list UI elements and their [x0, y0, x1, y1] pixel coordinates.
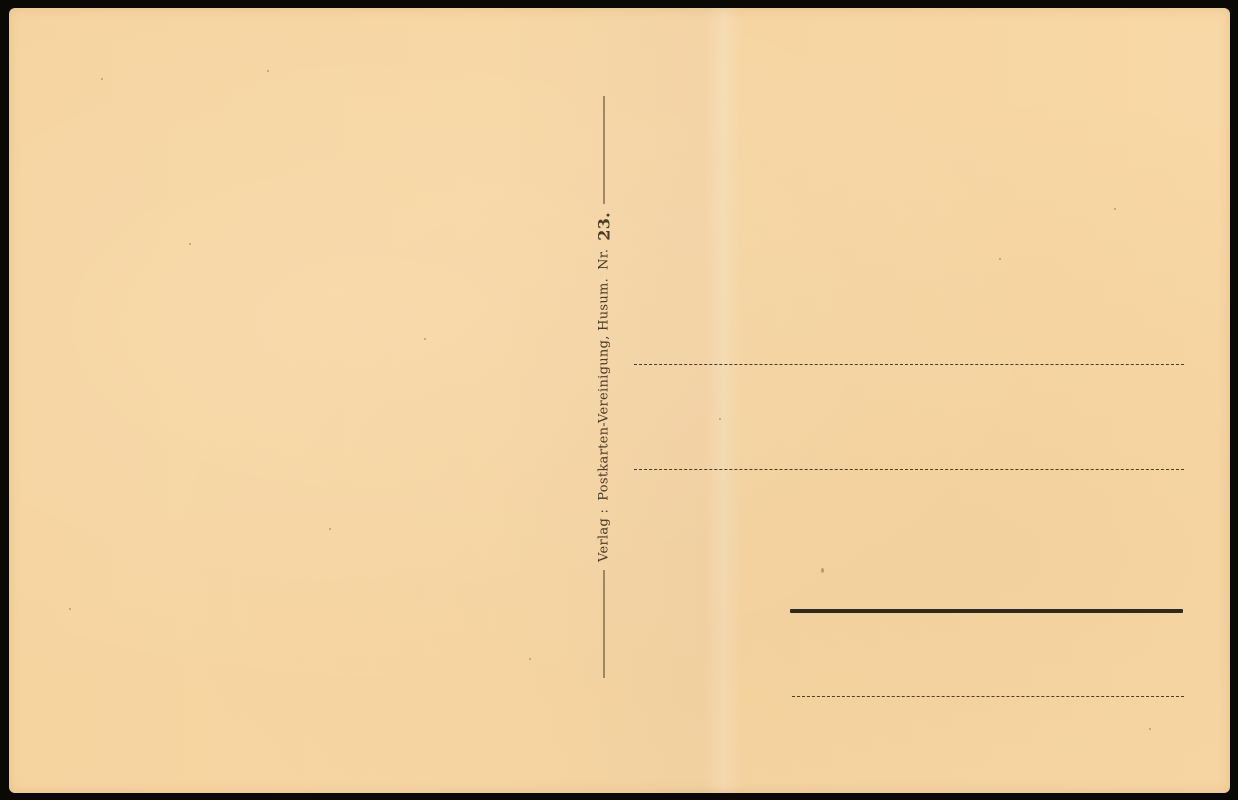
address-line-1 — [634, 364, 1184, 365]
publisher-imprint: Verlag : Postkarten-Vereinigung, Husum. … — [595, 96, 614, 678]
paper-speck — [529, 658, 531, 660]
paper-speck — [1149, 728, 1151, 730]
paper-speck — [329, 528, 331, 530]
paper-speck — [719, 418, 721, 420]
paper-speck — [821, 568, 824, 573]
imprint-rule-left — [603, 570, 605, 678]
imprint-number-label: Nr. — [597, 249, 612, 270]
imprint-number: 23. — [595, 212, 614, 241]
imprint-prefix: Verlag : — [597, 509, 612, 562]
address-line-3-solid — [790, 609, 1183, 613]
paper-speck — [267, 70, 269, 72]
imprint-publisher: Postkarten-Vereinigung, Husum. — [597, 278, 612, 501]
paper-speck — [999, 258, 1001, 260]
address-line-4 — [792, 696, 1184, 697]
address-line-2 — [634, 469, 1184, 470]
postcard-back — [9, 8, 1230, 793]
imprint-rule-right — [603, 96, 605, 204]
paper-speck — [424, 338, 426, 340]
paper-speck — [101, 78, 103, 80]
paper-speck — [189, 243, 191, 245]
paper-speck — [69, 608, 71, 610]
paper-speck — [1114, 208, 1116, 210]
